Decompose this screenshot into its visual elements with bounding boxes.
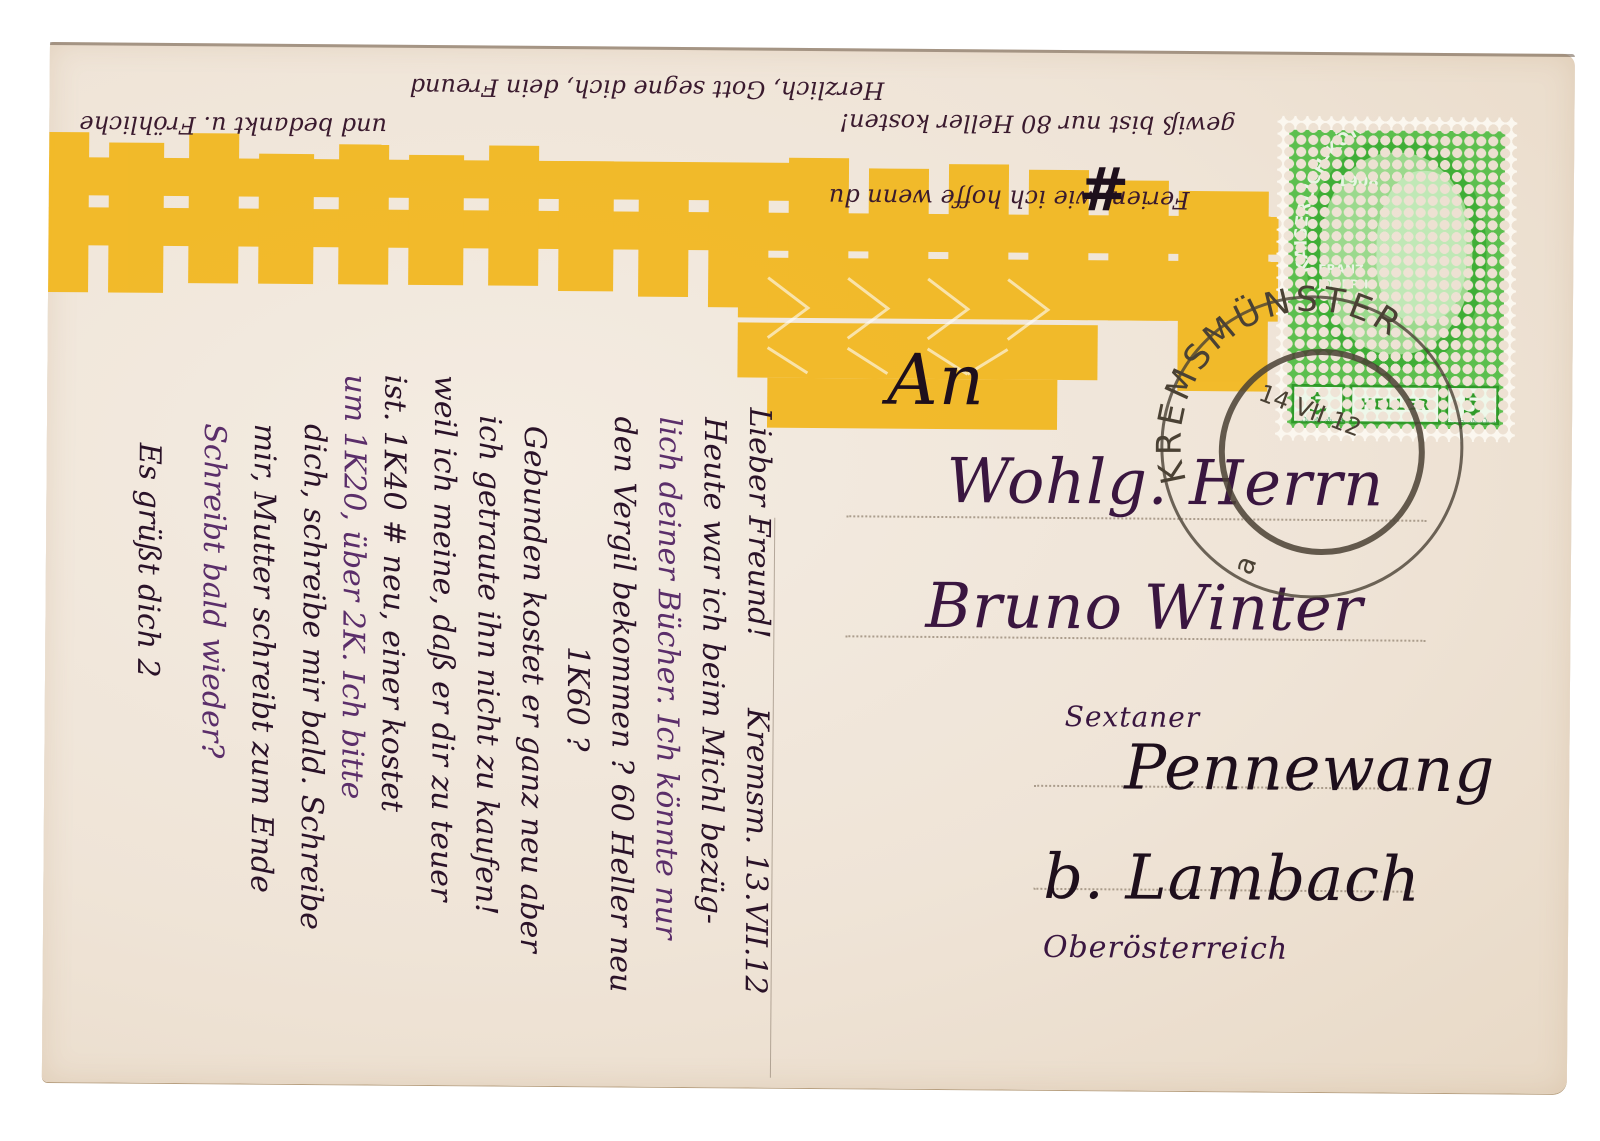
address-town: Pennewang xyxy=(1124,730,1495,806)
stamp-designer: KOLOM.MOSER xyxy=(1297,416,1349,424)
message-line: Lieber Freund! xyxy=(740,407,777,638)
upside-down-note: gewiß bist nur 80 Heller kosten! xyxy=(839,108,1236,139)
message-line: 1K60 ? xyxy=(559,646,595,752)
message-line: dich, schreibe mir bald. Schreibe xyxy=(293,424,332,930)
note-marker: # xyxy=(1079,155,1130,225)
svg-text:KAISERLICH-KÖNIGLICH: KAISERLICH-KÖNIGLICH xyxy=(1291,130,1432,276)
address-title: Sextaner xyxy=(1065,700,1201,734)
postcard-back: Herzlich, Gott segne dich, dein Freund u… xyxy=(42,42,1575,1094)
message-date: Kremsm. 13.VII.12 xyxy=(738,708,775,995)
message-line: weil ich meine, daß er dir zu teuer xyxy=(423,375,462,901)
message-line: Schreibt bald wieder? xyxy=(194,423,232,758)
message-signature: Es grüßt dich 2 xyxy=(130,443,167,678)
upside-down-note: und bedankt u. Fröhliche xyxy=(79,110,387,140)
stamp-engraver: F.SCHIRNBÖCK xyxy=(1445,417,1497,425)
message-line: den Vergil bekommen ? 60 Heller neu xyxy=(603,416,643,992)
message-line: Heute war ich beim Michl bezüg- xyxy=(693,417,732,924)
message-line: mir, Mutter schreibt zum Ende xyxy=(243,424,282,893)
stamp-portrait-name: FRANZ JOSEPH I. xyxy=(1318,262,1369,307)
message-line: ist. 1K40 # neu, einer kostet xyxy=(374,375,412,813)
message-line: um 1K20, über 2K. Ich bitte xyxy=(334,374,372,799)
stamp-year: 1908 xyxy=(1337,172,1379,190)
message-line: lich deiner Bücher. Ich könnte nur xyxy=(648,417,687,940)
address-an: An xyxy=(887,339,985,422)
address-city: b. Lambach xyxy=(1043,840,1421,916)
upside-down-note: Herzlich, Gott segne dich, dein Freund xyxy=(410,73,885,105)
message-greeting: Lieber Freund! Kremsm. 13.VII.12 xyxy=(738,407,778,994)
message-line: ich getraute ihn nicht zu kaufen! xyxy=(468,415,507,915)
address-name: Bruno Winter xyxy=(925,569,1363,645)
address-region: Oberösterreich xyxy=(1043,930,1289,967)
message-line: Gebunden kostet er ganz neu aber xyxy=(513,426,552,953)
postage-stamp: KAISERLICH-KÖNIGLICH 1908 FRANZ JOSEPH I… xyxy=(1275,116,1518,443)
yellow-decorative-band xyxy=(47,102,1280,442)
stamp-ring-text: KAISERLICH-KÖNIGLICH xyxy=(1287,130,1505,382)
address-salutation: Wohlg. Herrn xyxy=(946,444,1384,520)
stamp-denomination: HELLER xyxy=(1349,384,1441,425)
upside-down-note: Ferien, wie ich hoffe wenn du xyxy=(829,183,1190,214)
